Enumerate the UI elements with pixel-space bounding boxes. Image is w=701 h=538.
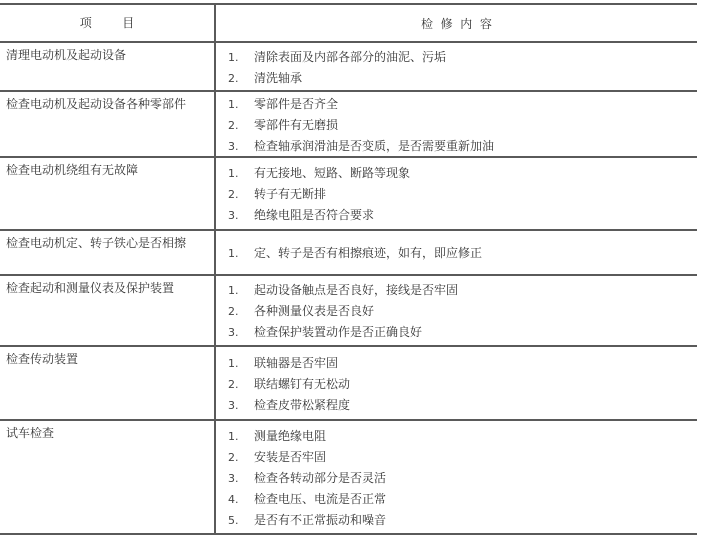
list-item: 1.测量绝缘电阻 [224,426,697,447]
item-cell: 检查电动机定、转子铁心是否相擦 [0,231,216,274]
table-row: 检查电动机定、转子铁心是否相擦 1.定、转子是否有相擦痕迹，如有，即应修正 [0,231,697,276]
list-item: 1.零部件是否齐全 [224,94,697,115]
list-item: 4.检查电压、电流是否正常 [224,489,697,510]
item-cell: 检查起动和测量仪表及保护装置 [0,276,216,345]
list-item: 3.检查各转动部分是否灵活 [224,468,697,489]
item-cell: 清理电动机及起动设备 [0,43,216,90]
item-cell: 试车检查 [0,421,216,533]
list-item: 3.检查轴承润滑油是否变质，是否需要重新加油 [224,136,697,157]
table-row: 检查电动机绕组有无故障 1.有无接地、短路、断路等现象 2.转子有无断排 3.绝… [0,158,697,231]
content-cell: 1.起动设备触点是否良好，接线是否牢固 2.各种测量仪表是否良好 3.检查保护装… [216,276,697,345]
table-row: 检查传动装置 1.联轴器是否牢固 2.联结螺钉有无松动 3.检查皮带松紧程度 [0,347,697,421]
list-item: 5.是否有不正常振动和噪音 [224,510,697,531]
list-item: 3.绝缘电阻是否符合要求 [224,205,697,226]
content-cell: 1.测量绝缘电阻 2.安装是否牢固 3.检查各转动部分是否灵活 4.检查电压、电… [216,421,697,533]
item-cell: 检查电动机绕组有无故障 [0,158,216,229]
list-item: 1.定、转子是否有相擦痕迹，如有，即应修正 [224,243,697,264]
content-cell: 1.有无接地、短路、断路等现象 2.转子有无断排 3.绝缘电阻是否符合要求 [216,158,697,229]
header-item-label: 项 目 [80,14,135,32]
header-content-label: 检 修 内 容 [421,15,492,32]
header-item: 项 目 [0,5,216,41]
list-item: 3.检查保护装置动作是否正确良好 [224,322,697,343]
maintenance-table: 项 目 检 修 内 容 清理电动机及起动设备 1.清除表面及内部各部分的油泥、污… [0,3,697,535]
list-item: 1.有无接地、短路、断路等现象 [224,163,697,184]
list-item: 1.清除表面及内部各部分的油泥、污垢 [224,47,697,68]
list-item: 2.各种测量仪表是否良好 [224,301,697,322]
item-cell: 检查电动机及起动设备各种零部件 [0,92,216,156]
item-cell: 检查传动装置 [0,347,216,419]
list-item: 2.零部件有无磨损 [224,115,697,136]
table-row: 试车检查 1.测量绝缘电阻 2.安装是否牢固 3.检查各转动部分是否灵活 4.检… [0,421,697,535]
list-item: 2.转子有无断排 [224,184,697,205]
table-header-row: 项 目 检 修 内 容 [0,3,697,43]
content-cell: 1.定、转子是否有相擦痕迹，如有，即应修正 [216,231,697,274]
list-item: 3.检查皮带松紧程度 [224,395,697,416]
list-item: 1.起动设备触点是否良好，接线是否牢固 [224,280,697,301]
content-cell: 1.零部件是否齐全 2.零部件有无磨损 3.检查轴承润滑油是否变质，是否需要重新… [216,92,697,156]
header-content: 检 修 内 容 [216,5,697,41]
table-row: 清理电动机及起动设备 1.清除表面及内部各部分的油泥、污垢 2.清洗轴承 [0,43,697,92]
list-item: 2.清洗轴承 [224,68,697,89]
list-item: 2.联结螺钉有无松动 [224,374,697,395]
list-item: 2.安装是否牢固 [224,447,697,468]
list-item: 1.联轴器是否牢固 [224,353,697,374]
table-row: 检查电动机及起动设备各种零部件 1.零部件是否齐全 2.零部件有无磨损 3.检查… [0,92,697,158]
content-cell: 1.联轴器是否牢固 2.联结螺钉有无松动 3.检查皮带松紧程度 [216,347,697,419]
table-row: 检查起动和测量仪表及保护装置 1.起动设备触点是否良好，接线是否牢固 2.各种测… [0,276,697,347]
content-cell: 1.清除表面及内部各部分的油泥、污垢 2.清洗轴承 [216,43,697,90]
